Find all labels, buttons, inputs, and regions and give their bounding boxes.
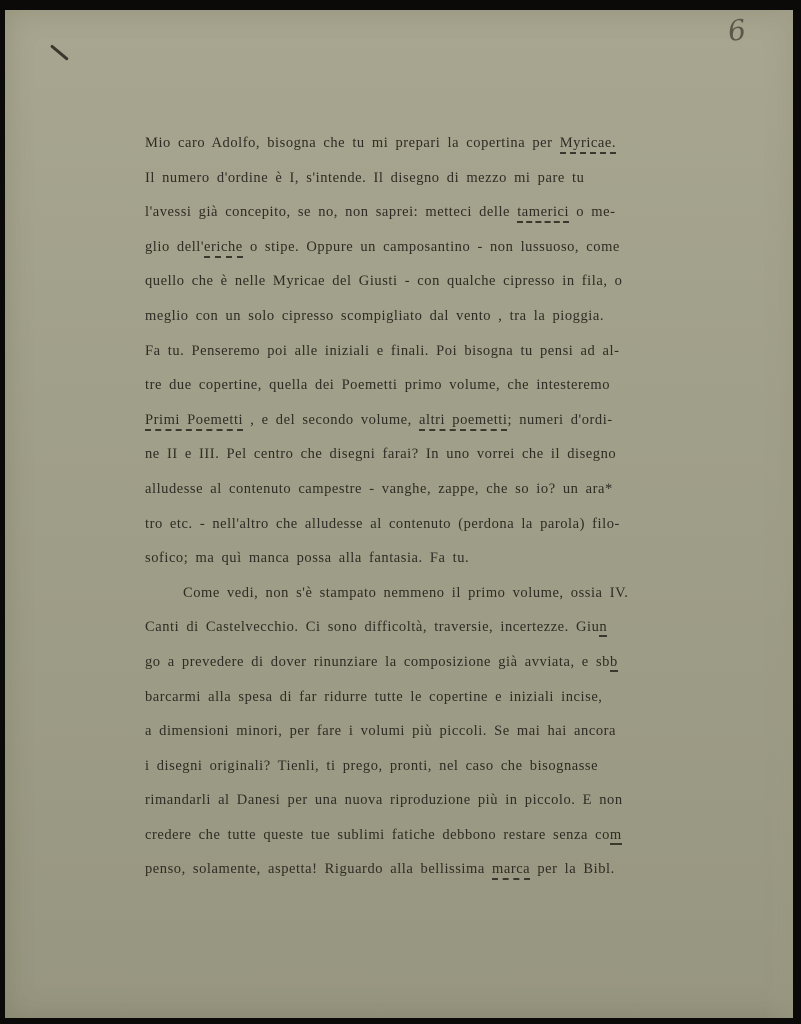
text-line: glio dell'eriche o stipe. Oppure un camp… [145,235,745,270]
text-run: tro etc. - nell'altro che alludesse al c… [145,516,620,532]
text-run: Come vedi, non s'è stampato nemmeno il p… [183,585,628,601]
text-line: Mio caro Adolfo, bisogna che tu mi prepa… [145,131,745,166]
hyphenation-mark: m [610,827,622,845]
text-run: sofico; ma quì manca possa alla fantasia… [145,550,469,566]
text-run: ne II e III. Pel centro che disegni fara… [145,446,616,462]
text-run: o me- [569,204,615,220]
text-run: Il numero d'ordine è I, s'intende. Il di… [145,170,584,186]
text-run: alludesse al contenuto campestre - vangh… [145,481,613,497]
text-run: Mio caro Adolfo, bisogna che tu mi prepa… [145,135,560,151]
text-run: ; numeri d'ordi- [507,412,612,428]
text-line: Fa tu. Penseremo poi alle iniziali e fin… [145,339,745,374]
text-run: Fa tu. Penseremo poi alle iniziali e fin… [145,343,619,359]
text-run: penso, solamente, aspetta! Riguardo alla… [145,861,492,877]
text-line: i disegni originali? Tienli, ti prego, p… [145,754,745,789]
scanned-page: 6 Mio caro Adolfo, bisogna che tu mi pre… [0,0,801,1024]
text-line: go a prevedere di dover rinunziare la co… [145,650,745,685]
text-line: l'avessi già concepito, se no, non sapre… [145,200,745,235]
text-line: credere che tutte queste tue sublimi fat… [145,823,745,858]
text-run: i disegni originali? Tienli, ti prego, p… [145,758,598,774]
text-run: go a prevedere di dover rinunziare la co… [145,654,610,670]
text-line: Primi Poemetti , e del secondo volume, a… [145,408,745,443]
text-run: , e del secondo volume, [243,412,419,428]
text-run: l'avessi già concepito, se no, non sapre… [145,204,517,220]
text-line: Come vedi, non s'è stampato nemmeno il p… [145,581,745,616]
paper-edge [765,10,793,1018]
text-run: rimandarli al Danesi per una nuova ripro… [145,792,623,808]
text-line: sofico; ma quì manca possa alla fantasia… [145,546,745,581]
text-line: rimandarli al Danesi per una nuova ripro… [145,788,745,823]
text-run: meglio con un solo cipresso scompigliato… [145,308,604,324]
text-line: meglio con un solo cipresso scompigliato… [145,304,745,339]
text-run: Canti di Castelvecchio. Ci sono difficol… [145,619,599,635]
hyphenation-mark: b [610,654,618,672]
text-line: penso, solamente, aspetta! Riguardo alla… [145,857,745,892]
text-line: tro etc. - nell'altro che alludesse al c… [145,512,745,547]
text-run: tre due copertine, quella dei Poemetti p… [145,377,610,393]
text-line: a dimensioni minori, per fare i volumi p… [145,719,745,754]
text-line: tre due copertine, quella dei Poemetti p… [145,373,745,408]
text-run: credere che tutte queste tue sublimi fat… [145,827,610,843]
text-line: Canti di Castelvecchio. Ci sono difficol… [145,615,745,650]
underlined-title: tamerici [517,204,569,223]
text-run: o stipe. Oppure un camposantino - non lu… [243,239,620,255]
text-line: alludesse al contenuto campestre - vangh… [145,477,745,512]
underlined-title: eriche [204,239,243,258]
letter-body: Mio caro Adolfo, bisogna che tu mi prepa… [145,131,745,892]
text-line: quello che è nelle Myricae del Giusti - … [145,269,745,304]
underlined-title: altri poemetti [419,412,507,431]
text-run: quello che è nelle Myricae del Giusti - … [145,273,622,289]
text-run: glio dell' [145,239,204,255]
text-line: Il numero d'ordine è I, s'intende. Il di… [145,166,745,201]
text-line: barcarmi alla spesa di far ridurre tutte… [145,685,745,720]
text-run: per la Bibl. [530,861,615,877]
text-run: barcarmi alla spesa di far ridurre tutte… [145,689,602,705]
hyphenation-mark: n [599,619,607,637]
text-run: a dimensioni minori, per fare i volumi p… [145,723,616,739]
underlined-title: marca [492,861,530,880]
text-line: ne II e III. Pel centro che disegni fara… [145,442,745,477]
underlined-title: Primi Poemetti [145,412,243,431]
underlined-title: Myricae. [560,135,616,154]
